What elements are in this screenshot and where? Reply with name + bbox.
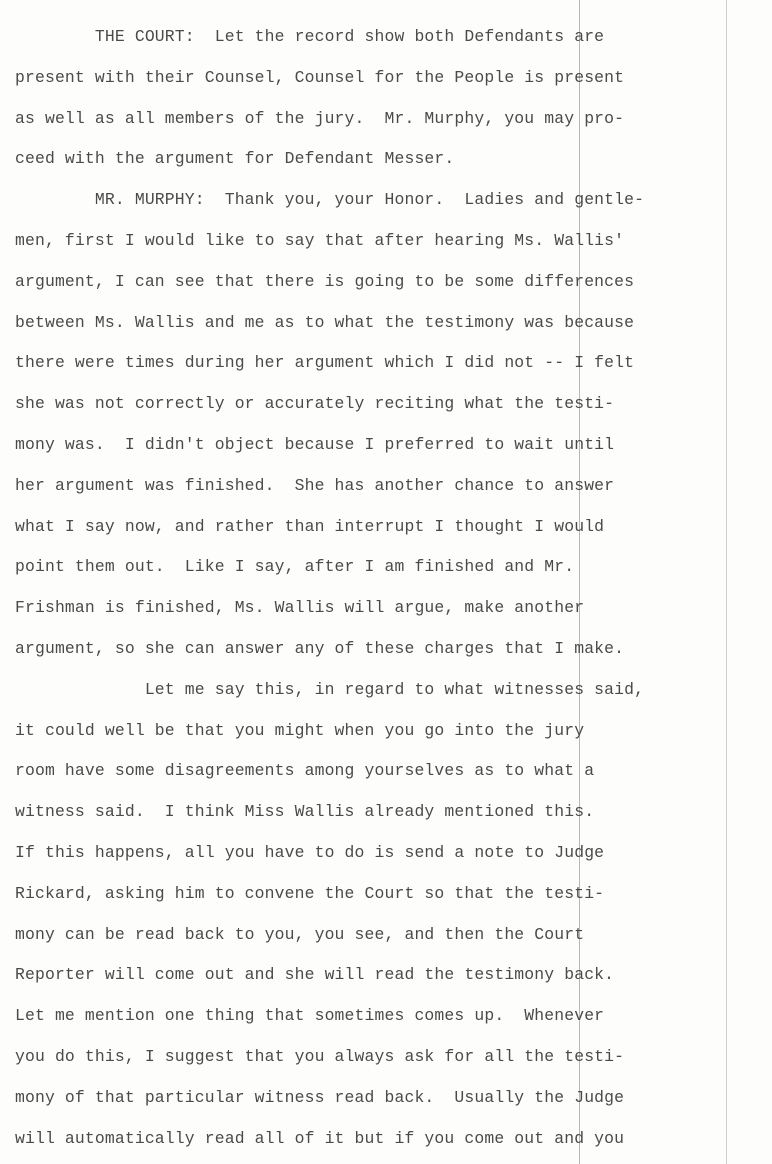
transcript-line: Let me mention one thing that sometimes …	[15, 999, 772, 1040]
transcript-page: THE COURT: Let the record show both Defe…	[15, 20, 772, 1162]
transcript-line: mony of that particular witness read bac…	[15, 1081, 772, 1122]
transcript-line: room have some disagreements among yours…	[15, 754, 772, 795]
transcript-line: Reporter will come out and she will read…	[15, 958, 772, 999]
transcript-line: point them out. Like I say, after I am f…	[15, 550, 772, 591]
transcript-line: Let me say this, in regard to what witne…	[15, 673, 772, 714]
transcript-line: mony was. I didn't object because I pref…	[15, 428, 772, 469]
transcript-line: Frishman is finished, Ms. Wallis will ar…	[15, 591, 772, 632]
transcript-line: argument, I can see that there is going …	[15, 265, 772, 306]
transcript-line: MR. MURPHY: Thank you, your Honor. Ladie…	[15, 183, 772, 224]
transcript-line: ceed with the argument for Defendant Mes…	[15, 142, 772, 183]
transcript-line: mony can be read back to you, you see, a…	[15, 918, 772, 959]
transcript-line: there were times during her argument whi…	[15, 346, 772, 387]
transcript-line: you do this, I suggest that you always a…	[15, 1040, 772, 1081]
transcript-line: If this happens, all you have to do is s…	[15, 836, 772, 877]
transcript-line: her argument was finished. She has anoth…	[15, 469, 772, 510]
transcript-line: as well as all members of the jury. Mr. …	[15, 102, 772, 143]
transcript-line: THE COURT: Let the record show both Defe…	[15, 20, 772, 61]
transcript-line: Rickard, asking him to convene the Court…	[15, 877, 772, 918]
transcript-line: will automatically read all of it but if…	[15, 1122, 772, 1163]
transcript-line: between Ms. Wallis and me as to what the…	[15, 306, 772, 347]
transcript-line: present with their Counsel, Counsel for …	[15, 61, 772, 102]
transcript-line: what I say now, and rather than interrup…	[15, 510, 772, 551]
transcript-line: she was not correctly or accurately reci…	[15, 387, 772, 428]
transcript-line: witness said. I think Miss Wallis alread…	[15, 795, 772, 836]
transcript-line: argument, so she can answer any of these…	[15, 632, 772, 673]
transcript-line: it could well be that you might when you…	[15, 714, 772, 755]
transcript-line: men, first I would like to say that afte…	[15, 224, 772, 265]
